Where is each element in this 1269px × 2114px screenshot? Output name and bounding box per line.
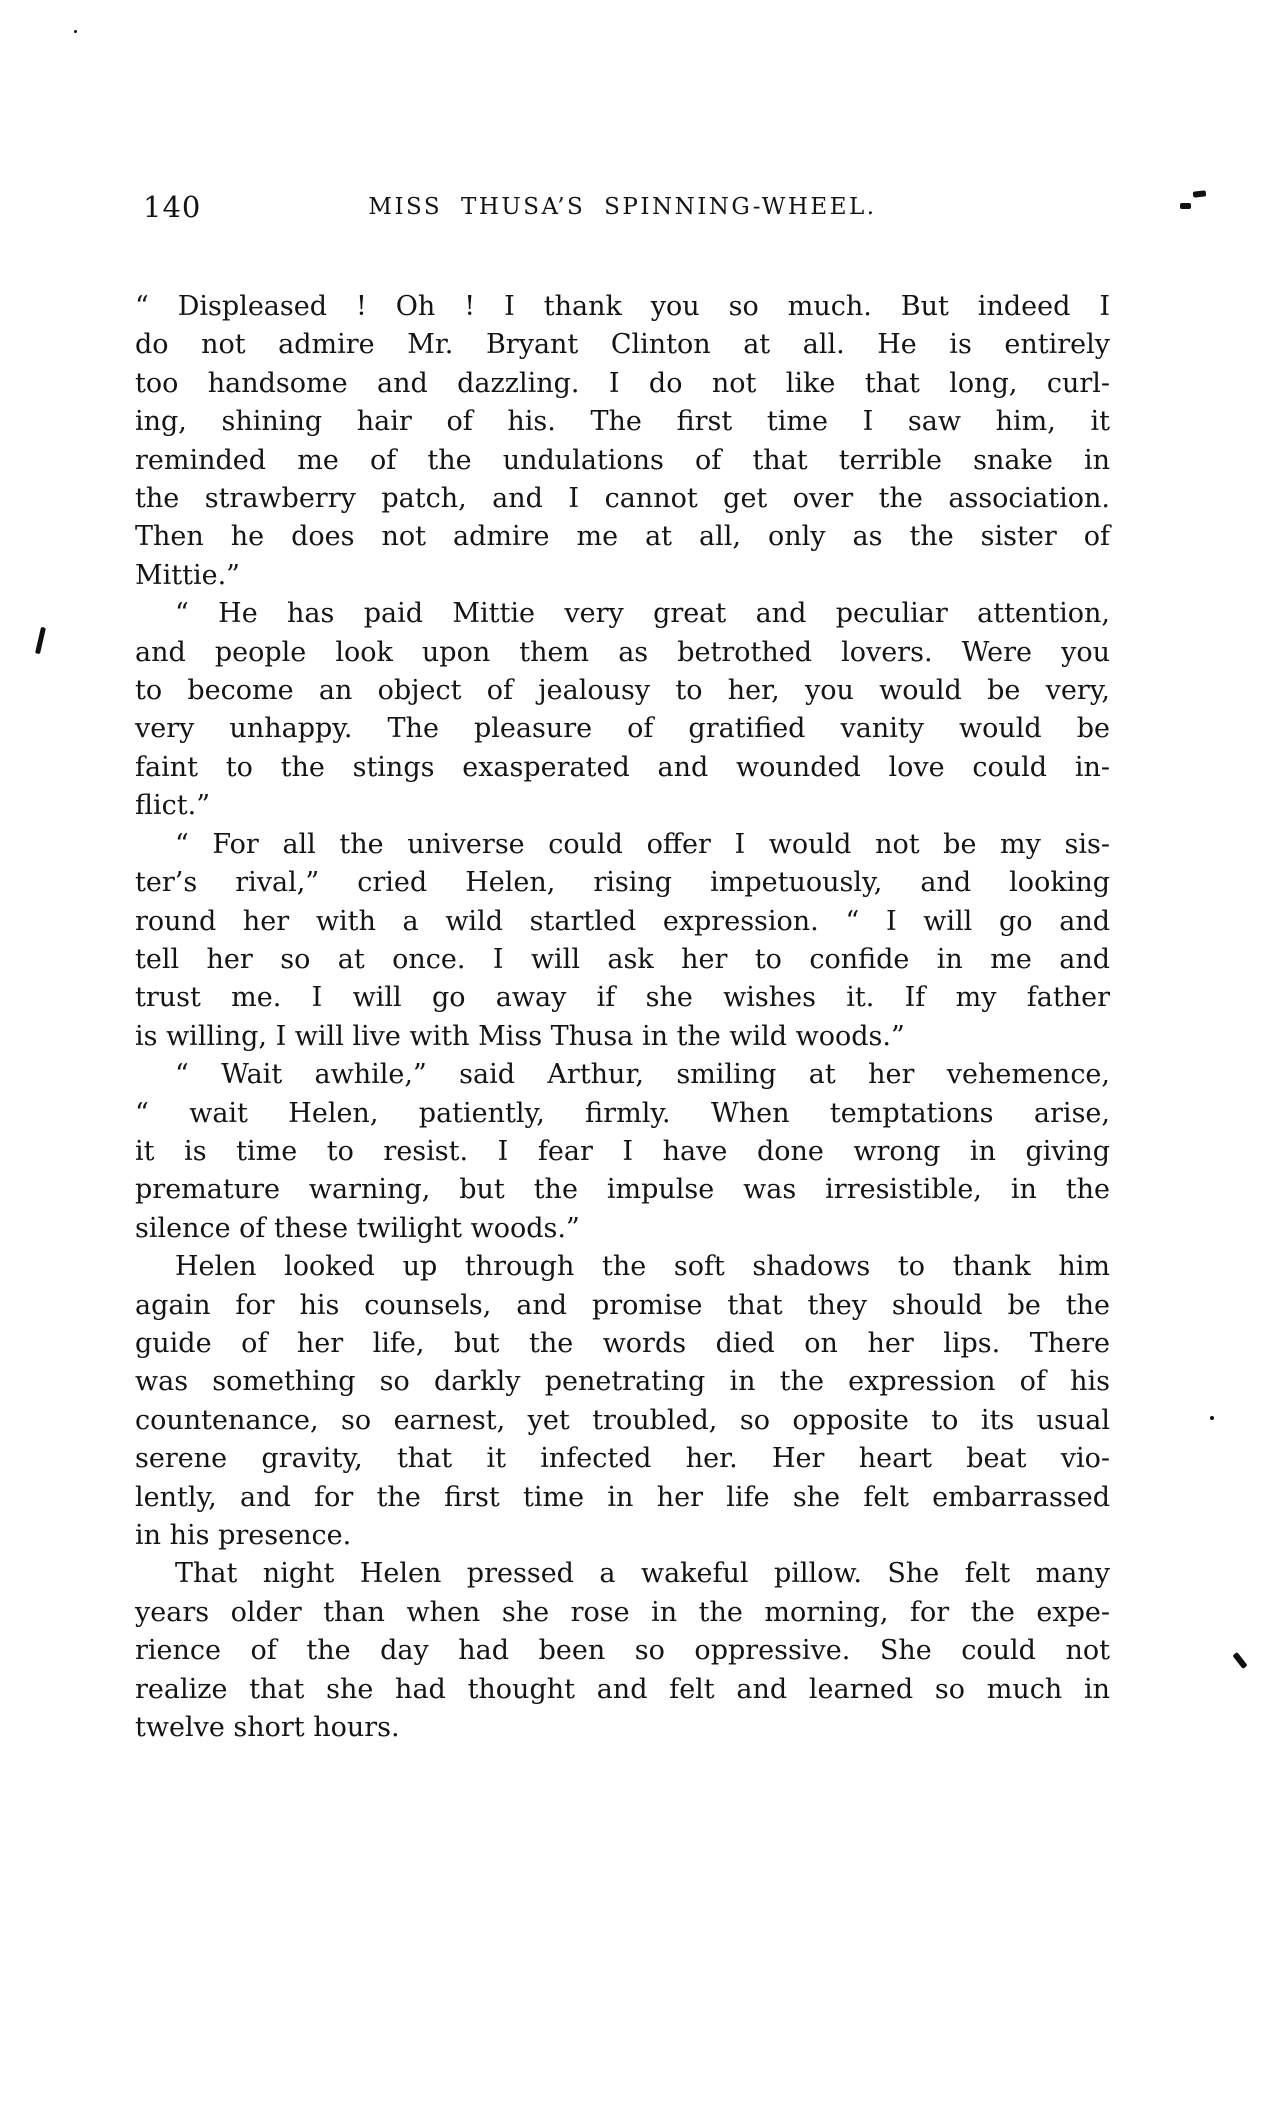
text-line: “ Wait awhile,” said Arthur, smiling at … — [135, 1056, 1110, 1094]
text-line: Helen looked up through the soft shadows… — [135, 1248, 1110, 1286]
text-line: lently, and for the first time in her li… — [135, 1479, 1110, 1517]
text-line: faint to the stings exasperated and woun… — [135, 749, 1110, 787]
pen-mark-slash — [35, 627, 46, 654]
text-line: trust me. I will go away if she wishes i… — [135, 979, 1110, 1017]
text-line: reminded me of the undulations of that t… — [135, 442, 1110, 480]
text-line: too handsome and dazzling. I do not like… — [135, 365, 1110, 403]
text-line: twelve short hours. — [135, 1709, 1110, 1747]
text-line: was something so darkly penetrating in t… — [135, 1363, 1110, 1401]
text-line: tell her so at once. I will ask her to c… — [135, 941, 1110, 979]
text-line: ter’s rival,” cried Helen, rising impetu… — [135, 864, 1110, 902]
text-line: to become an object of jealousy to her, … — [135, 672, 1110, 710]
text-line: guide of her life, but the words died on… — [135, 1325, 1110, 1363]
text-line: ing, shining hair of his. The first time… — [135, 403, 1110, 441]
text-line: the strawberry patch, and I cannot get o… — [135, 480, 1110, 518]
text-line: and people look upon them as betrothed l… — [135, 634, 1110, 672]
running-title: MISS THUSA’S SPINNING-WHEEL. — [368, 194, 876, 220]
text-line: Then he does not admire me at all, only … — [135, 518, 1110, 556]
text-line: “ For all the universe could offer I wou… — [135, 826, 1110, 864]
text-line: “ He has paid Mittie very great and pecu… — [135, 595, 1110, 633]
text-line: countenance, so earnest, yet troubled, s… — [135, 1402, 1110, 1440]
text-line: round her with a wild startled expressio… — [135, 903, 1110, 941]
text-block: “ Displeased ! Oh ! I thank you so much.… — [135, 288, 1110, 1747]
scan-speck-dot — [1210, 1416, 1214, 1420]
text-line: it is time to resist. I fear I have done… — [135, 1133, 1110, 1171]
text-line: flict.” — [135, 787, 1110, 825]
text-line: realize that she had thought and felt an… — [135, 1671, 1110, 1709]
text-line: That night Helen pressed a wakeful pillo… — [135, 1555, 1110, 1593]
text-line: silence of these twilight woods.” — [135, 1210, 1110, 1248]
text-line: “ Displeased ! Oh ! I thank you so much.… — [135, 288, 1110, 326]
scan-speck-dash — [1180, 203, 1191, 209]
text-line: very unhappy. The pleasure of gratified … — [135, 710, 1110, 748]
scan-speck-dash — [1193, 190, 1207, 197]
text-line: premature warning, but the impulse was i… — [135, 1171, 1110, 1209]
page-number: 140 — [143, 190, 201, 224]
page-header: 140 MISS THUSA’S SPINNING-WHEEL. — [135, 190, 1110, 230]
text-line: again for his counsels, and promise that… — [135, 1287, 1110, 1325]
text-line: do not admire Mr. Bryant Clinton at all.… — [135, 326, 1110, 364]
scanned-book-page: 140 MISS THUSA’S SPINNING-WHEEL. “ Displ… — [0, 0, 1269, 2114]
text-line: Mittie.” — [135, 557, 1110, 595]
scan-speck-dot — [74, 30, 77, 33]
text-line: rience of the day had been so oppressive… — [135, 1632, 1110, 1670]
text-line: serene gravity, that it infected her. He… — [135, 1440, 1110, 1478]
text-line: “ wait Helen, patiently, firmly. When te… — [135, 1095, 1110, 1133]
text-line: is willing, I will live with Miss Thusa … — [135, 1018, 1110, 1056]
pen-mark-backslash — [1232, 1652, 1247, 1669]
text-line: years older than when she rose in the mo… — [135, 1594, 1110, 1632]
text-line: in his presence. — [135, 1517, 1110, 1555]
